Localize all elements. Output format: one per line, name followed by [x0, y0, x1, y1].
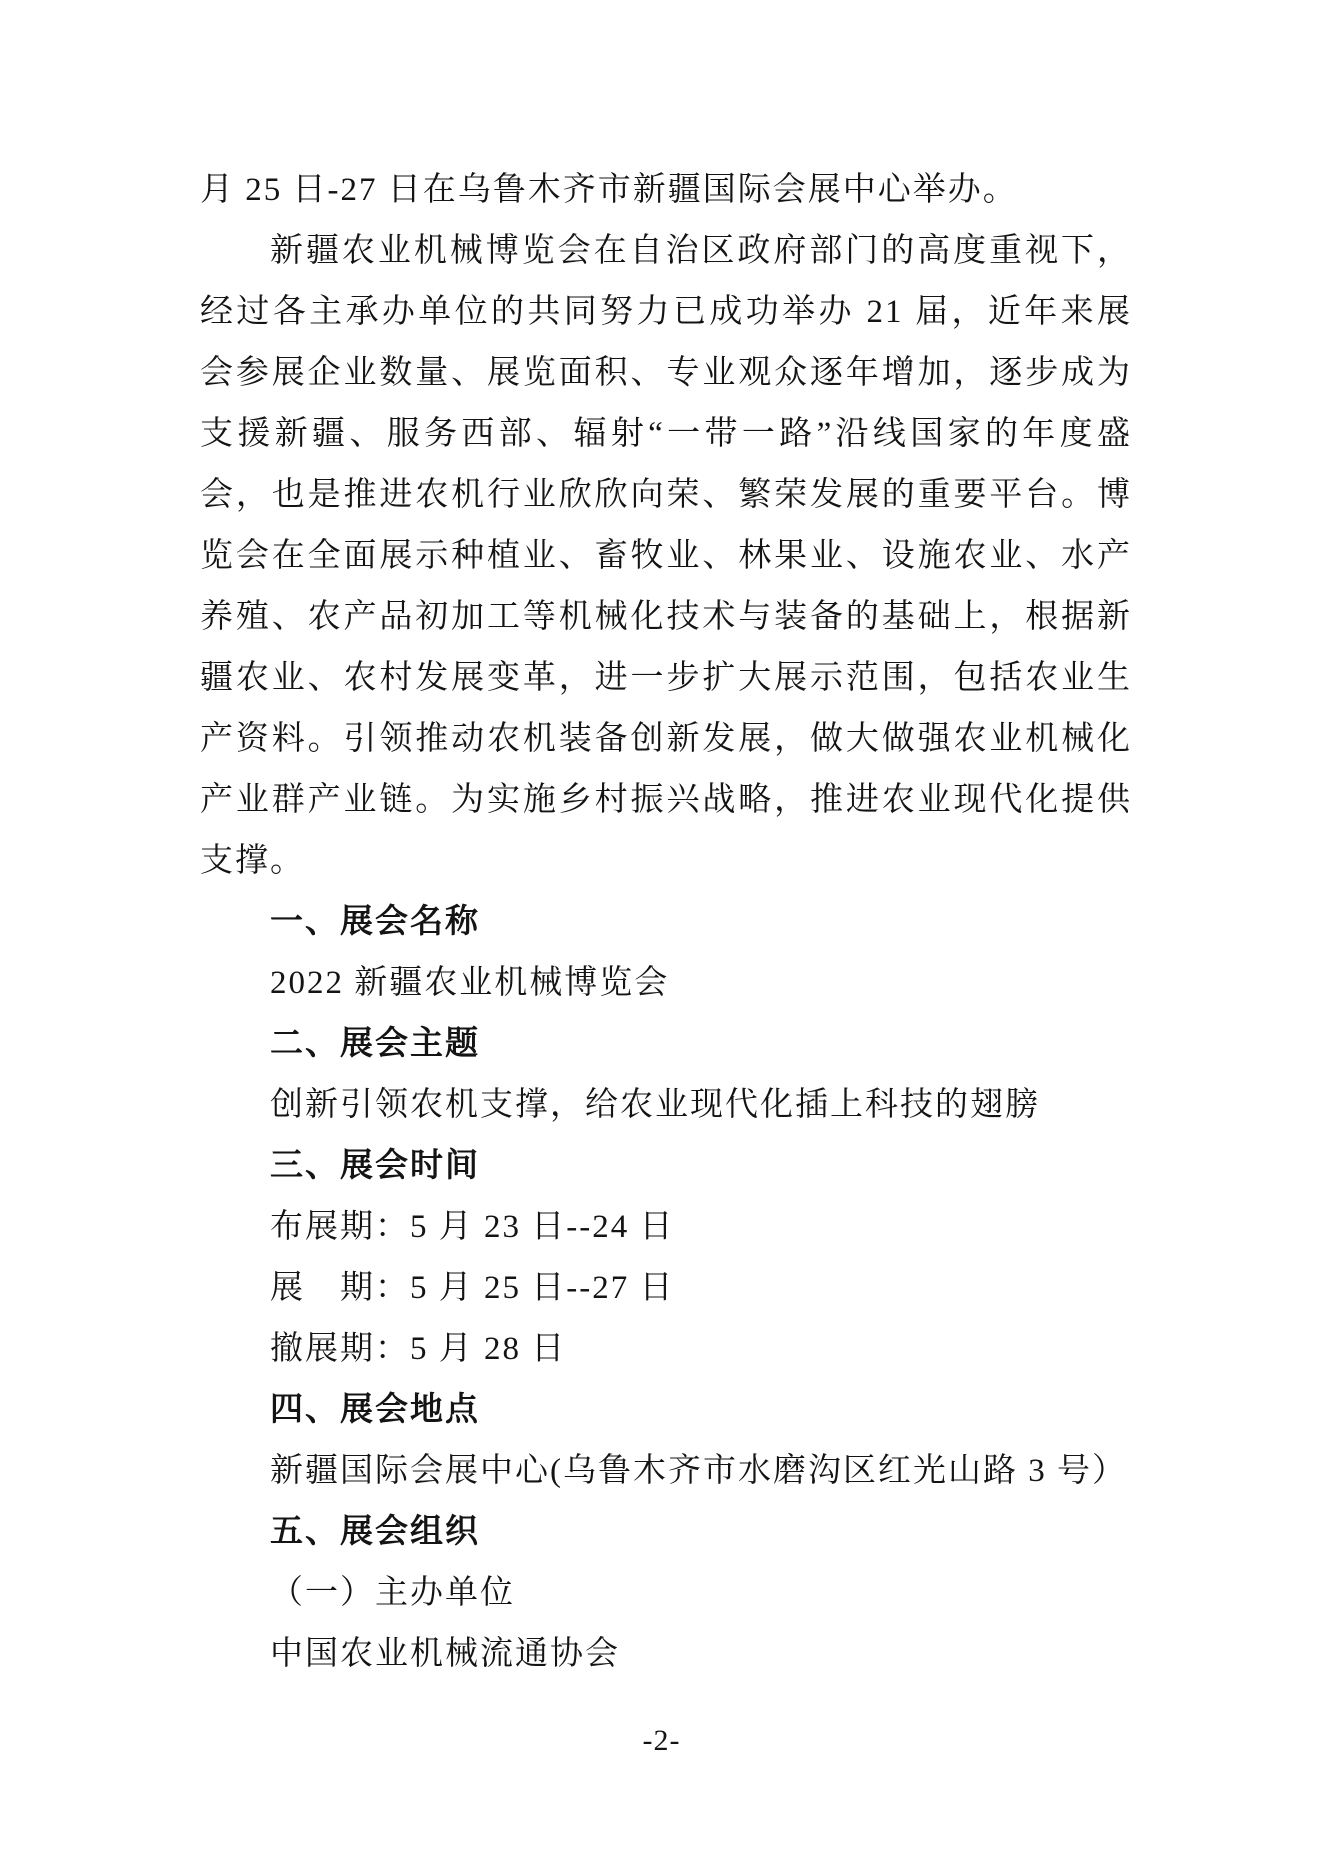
exhibition-period: 展 期：5 月 25 日--27 日	[200, 1258, 1132, 1319]
section-heading-3-time: 三、展会时间	[200, 1136, 1132, 1197]
section-heading-2-theme: 二、展会主题	[200, 1014, 1132, 1075]
page-number: -2-	[0, 1724, 1323, 1758]
doc-line: 产业群产业链。为实施乡村振兴战略，推进农业现代化提供	[200, 770, 1132, 831]
doc-line: 支援新疆、服务西部、辐射“一带一路”沿线国家的年度盛	[200, 404, 1132, 465]
doc-line: 养殖、农产品初加工等机械化技术与装备的基础上，根据新	[200, 587, 1132, 648]
expo-name: 2022 新疆农业机械博览会	[200, 953, 1132, 1014]
organizer-subheading: （一）主办单位	[200, 1563, 1132, 1624]
expo-theme: 创新引领农机支撑，给农业现代化插上科技的翅膀	[200, 1075, 1132, 1136]
doc-line: 产资料。引领推动农机装备创新发展，做大做强农业机械化	[200, 709, 1132, 770]
doc-line: 疆农业、农村发展变革，进一步扩大展示范围，包括农业生	[200, 648, 1132, 709]
doc-line: 月 25 日-27 日在乌鲁木齐市新疆国际会展中心举办。	[200, 160, 1132, 221]
venue-address: 新疆国际会展中心(乌鲁木齐市水磨沟区红光山路 3 号）	[200, 1441, 1132, 1502]
doc-line: 新疆农业机械博览会在自治区政府部门的高度重视下，	[200, 221, 1132, 282]
section-heading-4-venue: 四、展会地点	[200, 1380, 1132, 1441]
doc-line: 支撑。	[200, 831, 1132, 892]
teardown-period: 撤展期：5 月 28 日	[200, 1319, 1132, 1380]
doc-line: 经过各主承办单位的共同努力已成功举办 21 届，近年来展	[200, 282, 1132, 343]
doc-line: 览会在全面展示种植业、畜牧业、林果业、设施农业、水产	[200, 526, 1132, 587]
setup-period: 布展期：5 月 23 日--24 日	[200, 1197, 1132, 1258]
document-page: 月 25 日-27 日在乌鲁木齐市新疆国际会展中心举办。 新疆农业机械博览会在自…	[0, 0, 1323, 1871]
document-body: 月 25 日-27 日在乌鲁木齐市新疆国际会展中心举办。 新疆农业机械博览会在自…	[200, 160, 1132, 1685]
doc-line: 会参展企业数量、展览面积、专业观众逐年增加，逐步成为	[200, 343, 1132, 404]
organizer-name: 中国农业机械流通协会	[200, 1624, 1132, 1685]
doc-line: 会，也是推进农机行业欣欣向荣、繁荣发展的重要平台。博	[200, 465, 1132, 526]
section-heading-5-org: 五、展会组织	[200, 1502, 1132, 1563]
section-heading-1-name: 一、展会名称	[200, 892, 1132, 953]
